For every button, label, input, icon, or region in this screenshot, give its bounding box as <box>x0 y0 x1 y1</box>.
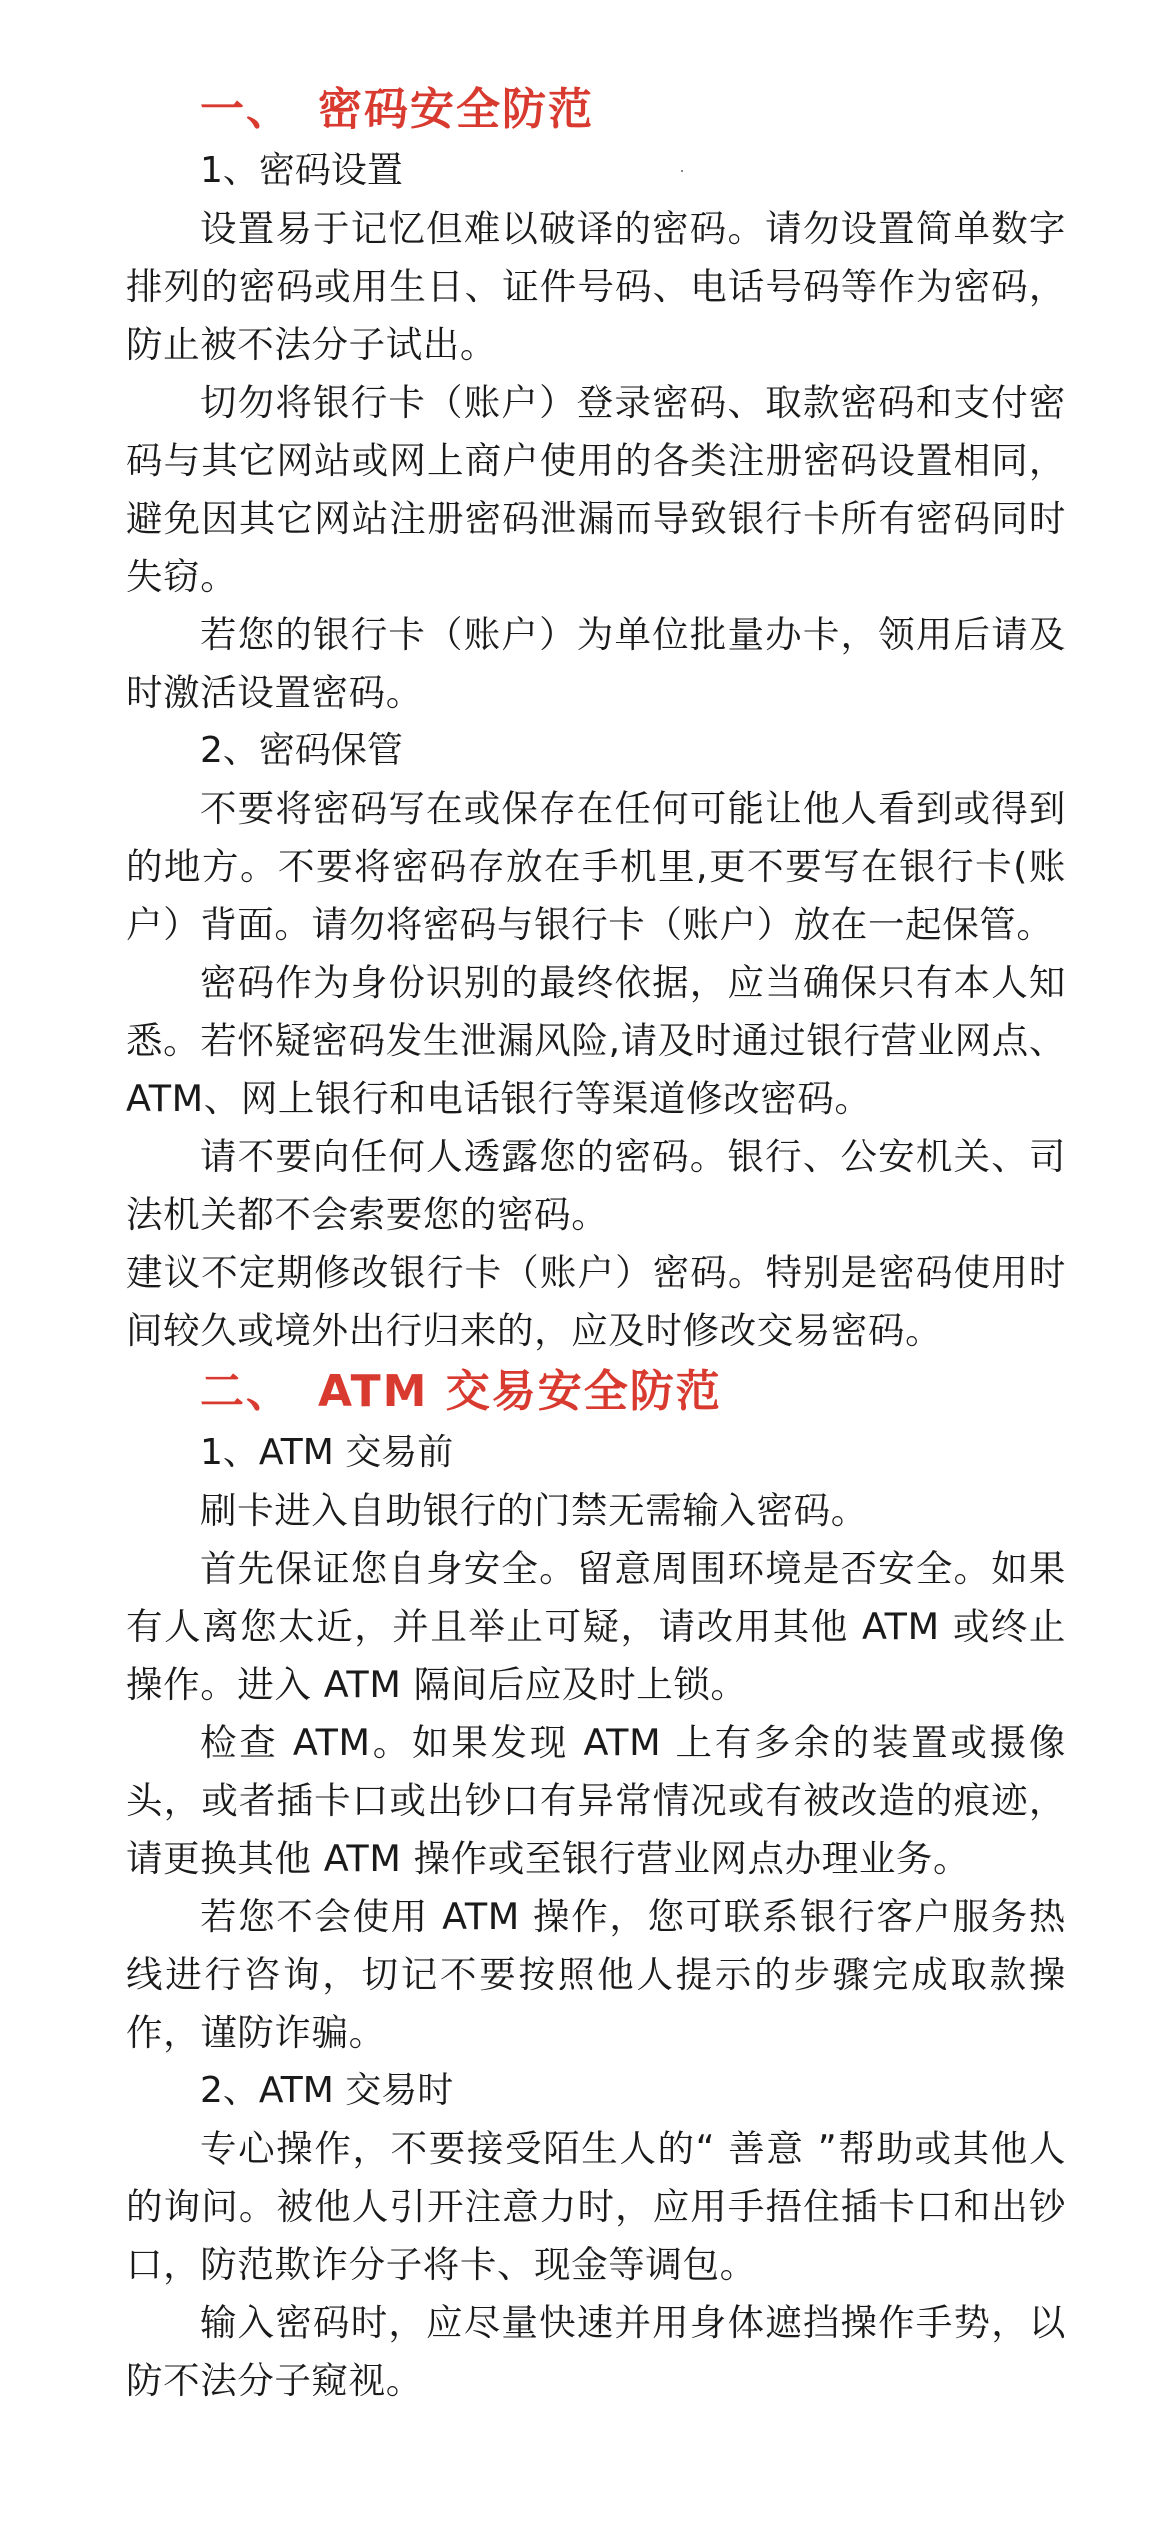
paragraph: 输入密码时，应尽量快速并用身体遮挡操作手势，以防不法分子窥视。 <box>126 2294 1066 2410</box>
subsection-heading-password-custody: 2、密码保管 <box>126 722 1066 780</box>
paragraph: 检查 ATM。如果发现 ATM 上有多余的装置或摄像头，或者插卡口或出钞口有异常… <box>126 1714 1066 1888</box>
section-number: 二、 <box>200 1360 318 1424</box>
paragraph: 请不要向任何人透露您的密码。银行、公安机关、司法机关都不会索要您的密码。 <box>126 1128 1066 1244</box>
paragraph: 密码作为身份识别的最终依据，应当确保只有本人知悉。若怀疑密码发生泄漏风险,请及时… <box>126 954 1066 1128</box>
paragraph: 建议不定期修改银行卡（账户）密码。特别是密码使用时间较久或境外出行归来的，应及时… <box>126 1244 1066 1360</box>
section-number: 一、 <box>200 78 318 142</box>
section-heading-password-security: 一、密码安全防范 <box>126 78 1066 142</box>
section-title: ATM 交易安全防范 <box>318 1366 722 1417</box>
paragraph: 设置易于记忆但难以破译的密码。请勿设置简单数字排列的密码或用生日、证件号码、电话… <box>126 200 1066 374</box>
paragraph: 切勿将银行卡（账户）登录密码、取款密码和支付密码与其它网站或网上商户使用的各类注… <box>126 374 1066 606</box>
subsection-heading-password-setting: 1、密码设置 <box>126 142 1066 200</box>
subsection-heading-before-atm: 1、ATM 交易前 <box>126 1424 1066 1482</box>
paragraph: 若您不会使用 ATM 操作，您可联系银行客户服务热线进行咨询，切记不要按照他人提… <box>126 1888 1066 2062</box>
section-title: 密码安全防范 <box>318 84 594 135</box>
paragraph: 首先保证您自身安全。留意周围环境是否安全。如果有人离您太近，并且举止可疑，请改用… <box>126 1540 1066 1714</box>
paragraph: 刷卡进入自助银行的门禁无需输入密码。 <box>126 1482 1066 1540</box>
section-heading-atm-security: 二、ATM 交易安全防范 <box>126 1360 1066 1424</box>
subsection-heading-during-atm: 2、ATM 交易时 <box>126 2062 1066 2120</box>
paragraph: 若您的银行卡（账户）为单位批量办卡，领用后请及时激活设置密码。 <box>126 606 1066 722</box>
paragraph: 专心操作，不要接受陌生人的“ 善意 ”帮助或其他人的询问。被他人引开注意力时，应… <box>126 2120 1066 2294</box>
document-page: 一、密码安全防范 1、密码设置 设置易于记忆但难以破译的密码。请勿设置简单数字排… <box>126 78 1066 2410</box>
paragraph: 不要将密码写在或保存在任何可能让他人看到或得到的地方。不要将密码存放在手机里,更… <box>126 780 1066 954</box>
